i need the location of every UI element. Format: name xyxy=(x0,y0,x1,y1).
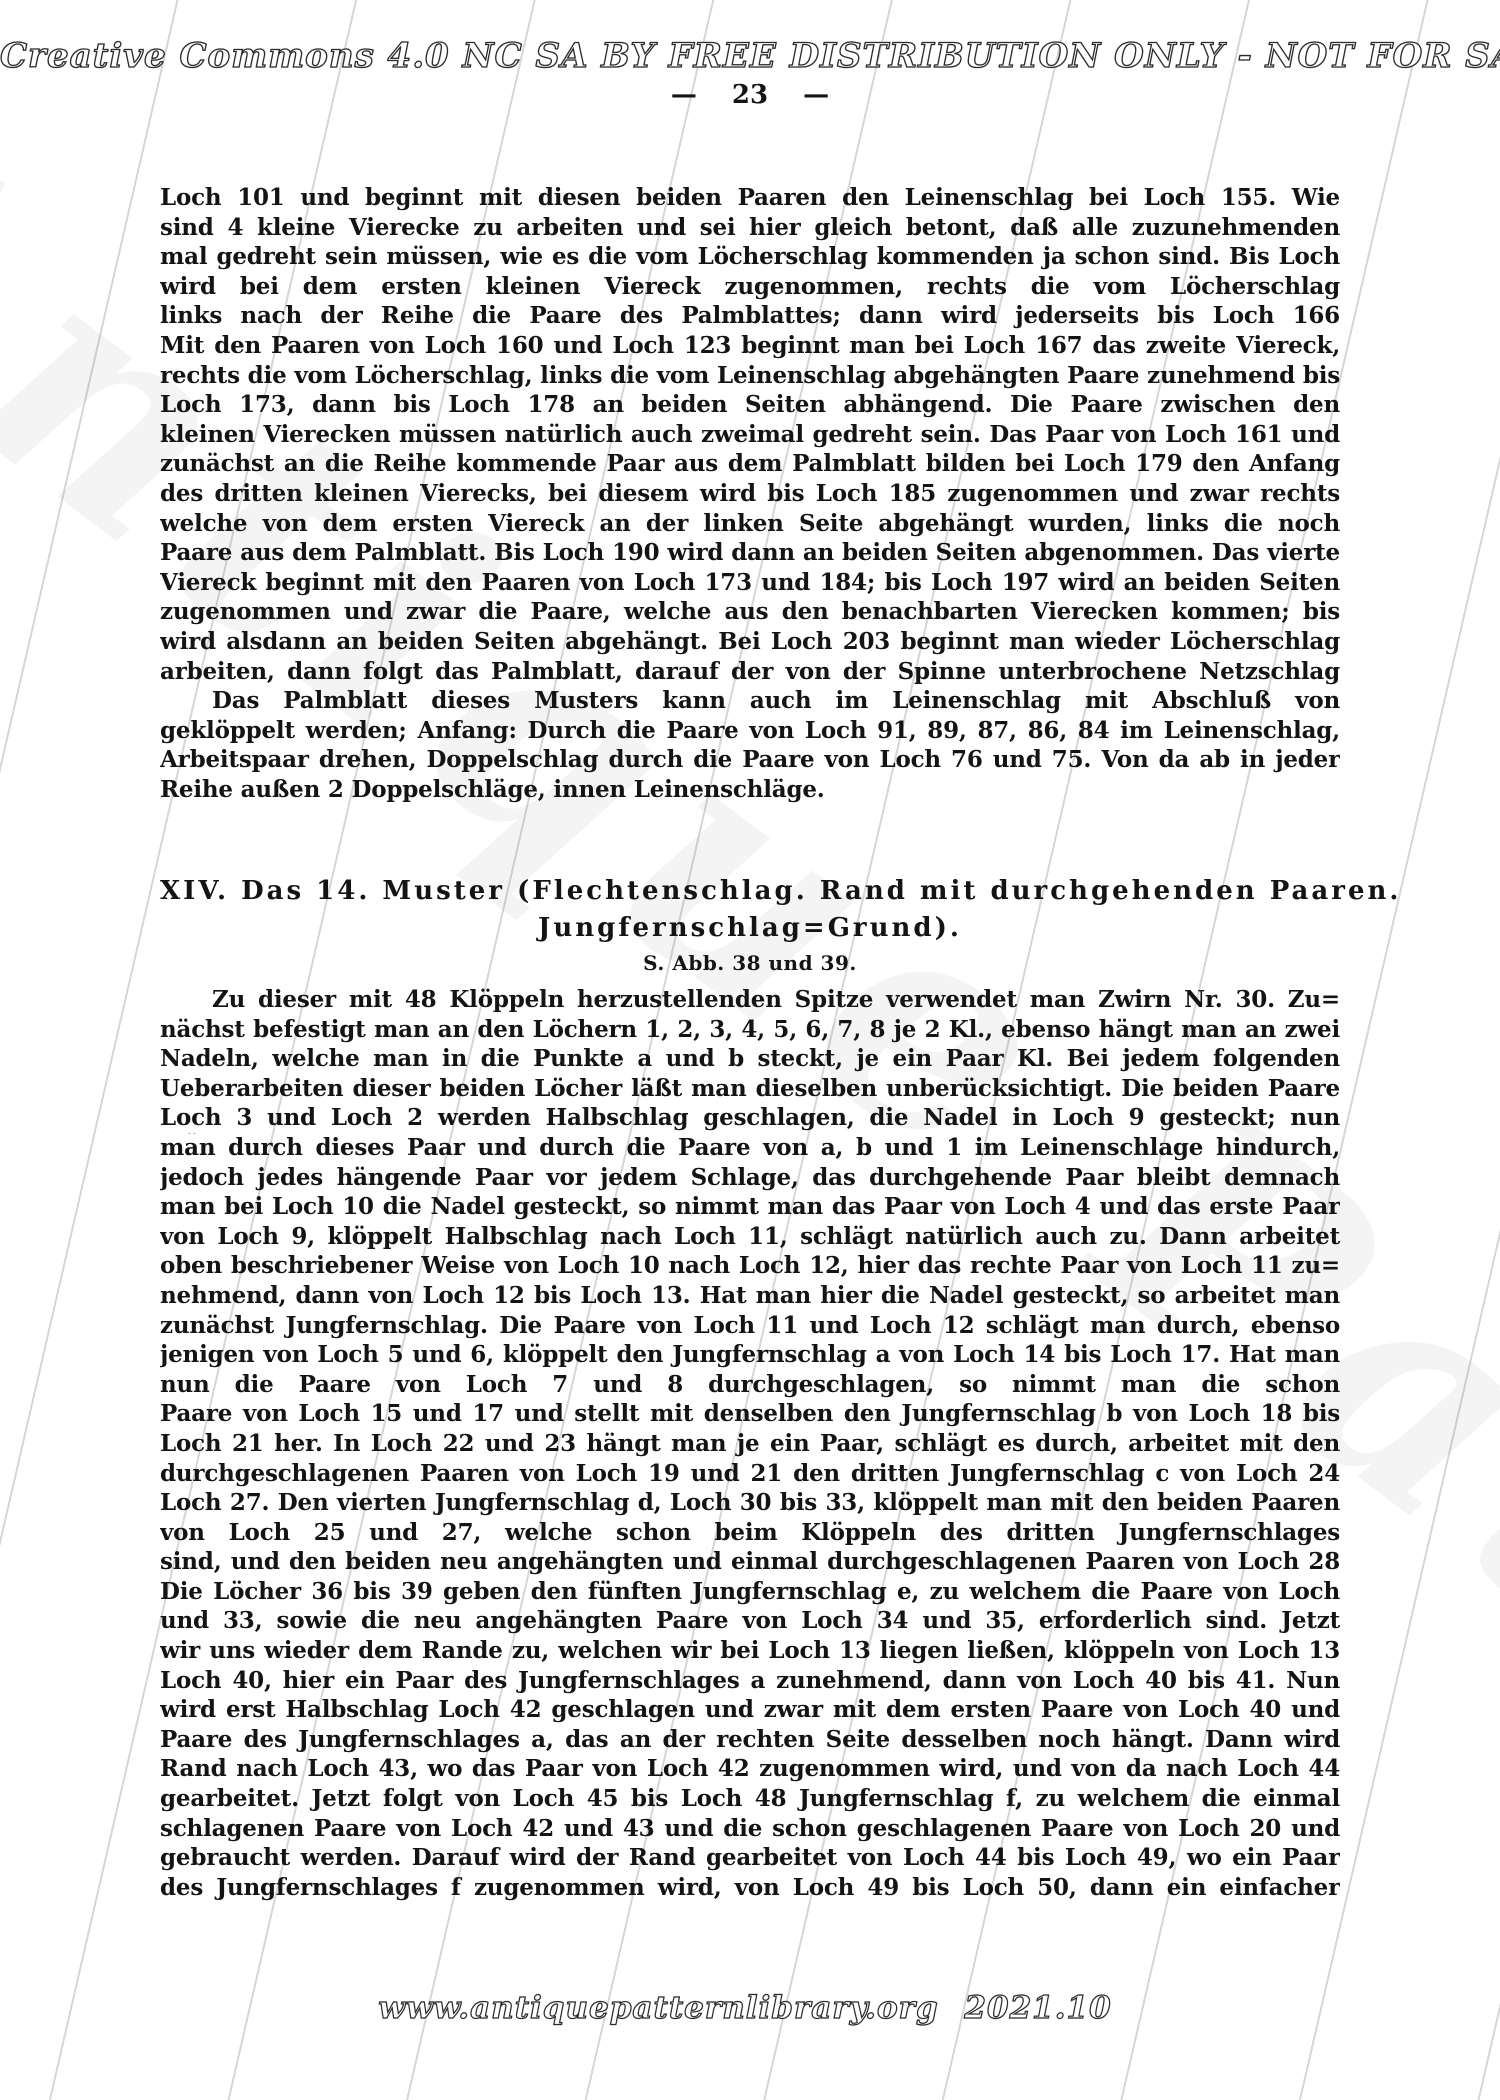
text-line: nächst befestigt man an den Löchern 1, 2… xyxy=(160,1016,1340,1046)
text-line: gebraucht werden. Darauf wird der Rand g… xyxy=(160,1844,1340,1874)
text-line: wir uns wieder dem Rande zu, welchen wir… xyxy=(160,1637,1340,1667)
scanned-book-page: Antique Pattern Library Creative Commons… xyxy=(0,0,1500,2100)
text-line: nun die Paare von Loch 7 und 8 durchgesc… xyxy=(160,1371,1340,1401)
text-line: von Loch 9, klöppelt Halbschlag nach Loc… xyxy=(160,1223,1340,1253)
text-line: Arbeitspaar drehen, Doppelschlag durch d… xyxy=(160,746,1340,776)
text-line: gearbeitet. Jetzt folgt von Loch 45 bis … xyxy=(160,1785,1340,1815)
license-header: Creative Commons 4.0 NC SA BY FREE DISTR… xyxy=(0,36,1455,76)
section-subheading: S. Abb. 38 und 39. xyxy=(160,946,1340,980)
footer-url: www.antiquepatternlibrary.org 2021.10 xyxy=(0,1990,1490,2026)
text-line: links nach der Reihe die Paare des Palmb… xyxy=(160,302,1340,332)
page-number: — 23 — xyxy=(0,80,1500,110)
text-line: sind, und den beiden neu angehängten und… xyxy=(160,1548,1340,1578)
text-line: Mit den Paaren von Loch 160 und Loch 123… xyxy=(160,332,1340,362)
text-line: Loch 173, dann bis Loch 178 an beiden Se… xyxy=(160,391,1340,421)
text-line: jenigen von Loch 5 und 6, klöppelt den J… xyxy=(160,1341,1340,1371)
text-line: nehmend, dann von Loch 12 bis Loch 13. H… xyxy=(160,1282,1340,1312)
text-line: Loch 27. Den vierten Jungfernschlag d, L… xyxy=(160,1489,1340,1519)
paragraph-3: Zu dieser mit 48 Klöppeln herzustellende… xyxy=(160,986,1340,1903)
paragraph-1: Loch 101 und beginnt mit diesen beiden P… xyxy=(160,184,1340,687)
text-line: mal gedreht sein müssen, wie es die vom … xyxy=(160,243,1340,273)
text-line: geklöppelt werden; Anfang: Durch die Paa… xyxy=(160,717,1340,747)
text-line: Loch 40, hier ein Paar des Jungfernschla… xyxy=(160,1667,1340,1697)
text-line: welche von dem ersten Viereck an der lin… xyxy=(160,510,1340,540)
text-line: des Jungfernschlages f zugenommen wird, … xyxy=(160,1874,1340,1904)
text-line: Viereck beginnt mit den Paaren von Loch … xyxy=(160,569,1340,599)
text-line: Loch 101 und beginnt mit diesen beiden P… xyxy=(160,184,1340,214)
section-heading: XIV. Das 14. Muster (Flechtenschlag. Ran… xyxy=(160,872,1340,980)
text-line: sind 4 kleine Vierecke zu arbeiten und s… xyxy=(160,214,1340,244)
text-line: Das Palmblatt dieses Musters kann auch i… xyxy=(160,687,1340,717)
text-line: Loch 3 und Loch 2 werden Halbschlag gesc… xyxy=(160,1104,1340,1134)
text-line: schlagenen Paare von Loch 42 und 43 und … xyxy=(160,1815,1340,1845)
text-line: zugenommen und zwar die Paare, welche au… xyxy=(160,598,1340,628)
text-line: arbeiten, dann folgt das Palmblatt, dara… xyxy=(160,658,1340,688)
section-heading-line1: XIV. Das 14. Muster (Flechtenschlag. Ran… xyxy=(160,872,1340,910)
text-line: wird bei dem ersten kleinen Viereck zuge… xyxy=(160,273,1340,303)
paragraph-2: Das Palmblatt dieses Musters kann auch i… xyxy=(160,687,1340,805)
text-line: Die Löcher 36 bis 39 geben den fünften J… xyxy=(160,1578,1340,1608)
text-line: Paare von Loch 15 und 17 und stellt mit … xyxy=(160,1400,1340,1430)
text-line: zunächst an die Reihe kommende Paar aus … xyxy=(160,450,1340,480)
text-line: Ueberarbeiten dieser beiden Löcher läßt … xyxy=(160,1075,1340,1105)
text-line: wird erst Halbschlag Loch 42 geschlagen … xyxy=(160,1696,1340,1726)
text-line: und 33, sowie die neu angehängten Paare … xyxy=(160,1607,1340,1637)
text-line: Paare des Jungfernschlages a, das an der… xyxy=(160,1726,1340,1756)
text-line: Loch 21 her. In Loch 22 und 23 hängt man… xyxy=(160,1430,1340,1460)
text-line: von Loch 25 und 27, welche schon beim Kl… xyxy=(160,1519,1340,1549)
text-line: Rand nach Loch 43, wo das Paar von Loch … xyxy=(160,1755,1340,1785)
text-line: des dritten kleinen Vierecks, bei diesem… xyxy=(160,480,1340,510)
section-heading-line2: Jungfernschlag=Grund). xyxy=(160,910,1340,946)
text-line: kleinen Vierecken müssen natürlich auch … xyxy=(160,421,1340,451)
text-line: zunächst Jungfernschlag. Die Paare von L… xyxy=(160,1312,1340,1342)
text-line: Paare aus dem Palmblatt. Bis Loch 190 wi… xyxy=(160,539,1340,569)
text-line: rechts die vom Löcherschlag, links die v… xyxy=(160,362,1340,392)
text-line: man bei Loch 10 die Nadel gesteckt, so n… xyxy=(160,1193,1340,1223)
text-line: Reihe außen 2 Doppelschläge, innen Leine… xyxy=(160,776,1340,806)
text-line: jedoch jedes hängende Paar vor jedem Sch… xyxy=(160,1164,1340,1194)
text-line: wird alsdann an beiden Seiten abgehängt.… xyxy=(160,628,1340,658)
text-line: Zu dieser mit 48 Klöppeln herzustellende… xyxy=(160,986,1340,1016)
text-line: oben beschriebener Weise von Loch 10 nac… xyxy=(160,1252,1340,1282)
text-line: man durch dieses Paar und durch die Paar… xyxy=(160,1134,1340,1164)
text-line: Nadeln, welche man in die Punkte a und b… xyxy=(160,1045,1340,1075)
text-line: durchgeschlagenen Paaren von Loch 19 und… xyxy=(160,1460,1340,1490)
